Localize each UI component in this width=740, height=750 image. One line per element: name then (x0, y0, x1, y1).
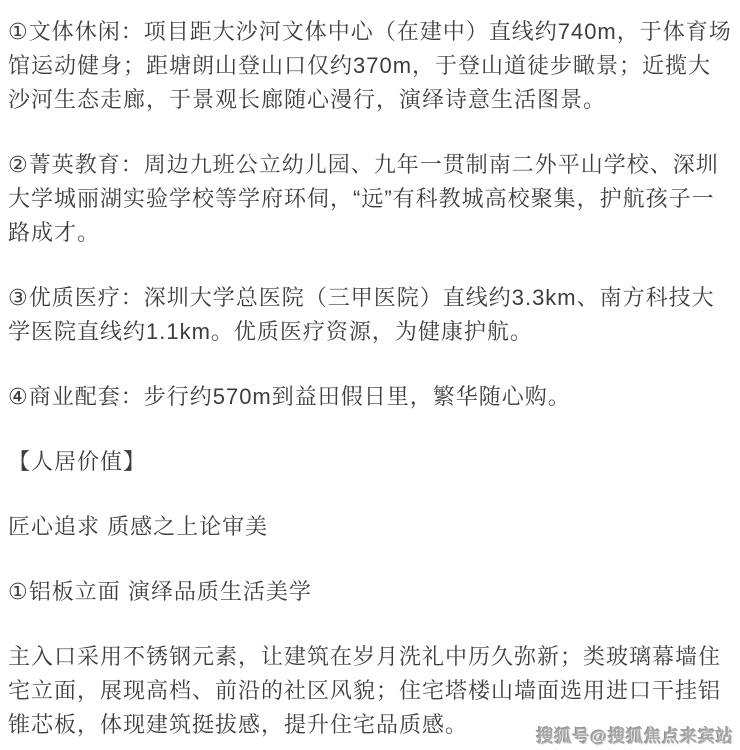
article-body: ①文体休闲：项目距大沙河文体中心（在建中）直线约740m，于体育场馆运动健身；距… (0, 0, 740, 742)
section-heading-living-value: 【人居价值】 (8, 445, 732, 479)
paragraph-culture-leisure: ①文体休闲：项目距大沙河文体中心（在建中）直线约740m，于体育场馆运动健身；距… (8, 15, 732, 117)
subheading-craftsmanship: 匠心追求 质感之上论审美 (8, 510, 732, 544)
sohu-watermark: 搜狐号@搜狐焦点来宾站 (536, 722, 734, 747)
paragraph-healthcare: ③优质医疗：深圳大学总医院（三甲医院）直线约3.3km、南方科技大学医院直线约1… (8, 281, 732, 349)
paragraph-education: ②菁英教育：周边九班公立幼儿园、九年一贯制南二外平山学校、深圳大学城丽湖实验学校… (8, 148, 732, 250)
paragraph-commerce: ④商业配套：步行约570m到益田假日里，繁华随心购。 (8, 380, 732, 414)
subheading-aluminum-facade: ①铝板立面 演绎品质生活美学 (8, 575, 732, 609)
